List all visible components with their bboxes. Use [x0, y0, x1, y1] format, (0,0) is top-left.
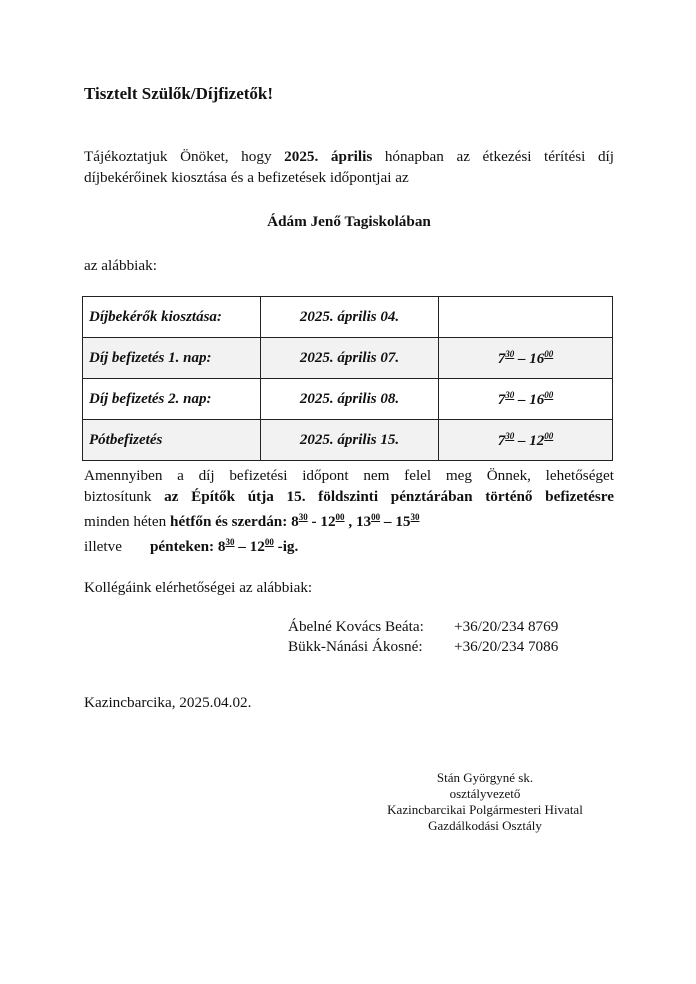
signer-name: Stán Györgyné sk.: [360, 770, 610, 786]
mon-wed-hours: hétfőn és szerdán: 830 - 1200 , 1300 – 1…: [170, 513, 419, 530]
alt-line-4-prefix: illetve: [84, 538, 122, 555]
contacts-intro: Kollégáink elérhetőségei az alábbiak:: [84, 579, 312, 597]
friday-label: pénteken:: [150, 538, 218, 555]
mon-wed-times: 830 - 1200 , 1300 – 1530: [291, 513, 419, 530]
schedule-row: Pótbefizetés2025. április 15.730 – 1200: [83, 420, 613, 461]
contact-name: Bükk-Nánási Ákosné:: [288, 637, 454, 657]
alt-payment-paragraph: Amennyiben a díj befizetési időpont nem …: [84, 465, 614, 557]
school-name: Ádám Jenő Tagiskolában: [84, 213, 614, 231]
alt-line-3: minden héten hétfőn és szerdán: 830 - 12…: [84, 507, 614, 532]
greeting-heading: Tisztelt Szülők/Díjfizetők!: [84, 84, 273, 104]
schedule-date: 2025. április 07.: [261, 338, 439, 379]
alt-line-1: Amennyiben a díj befizetési időpont nem …: [84, 465, 614, 486]
place-date: Kazincbarcika, 2025.04.02.: [84, 694, 251, 712]
schedule-label: Díj befizetés 1. nap:: [83, 338, 261, 379]
schedule-label: Díj befizetés 2. nap:: [83, 379, 261, 420]
schedule-row: Díj befizetés 1. nap:2025. április 07.73…: [83, 338, 613, 379]
alt-line-3-prefix: minden héten: [84, 513, 170, 530]
intro-month: 2025. április: [284, 148, 372, 165]
friday-times: 830 – 1200: [218, 538, 274, 555]
schedule-time: 730 – 1600: [439, 338, 613, 379]
signer-org: Kazincbarcikai Polgármesteri Hivatal: [360, 802, 610, 818]
signer-dept: Gazdálkodási Osztály: [360, 818, 610, 834]
schedule-label: Pótbefizetés: [83, 420, 261, 461]
contact-phone: +36/20/234 8769: [454, 617, 558, 637]
schedule-table: Díjbekérők kiosztása:2025. április 04.Dí…: [82, 296, 613, 461]
alt-line-2-prefix: biztosítunk: [84, 488, 164, 505]
friday-hours: pénteken: 830 – 1200 -ig.: [150, 538, 298, 555]
alt-line-4: illetvepénteken: 830 – 1200 -ig.: [84, 532, 614, 557]
signature-block: Stán Györgyné sk. osztályvezető Kazincba…: [360, 770, 610, 834]
intro-paragraph: Tájékoztatjuk Önöket, hogy 2025. április…: [84, 146, 614, 188]
schedule-date: 2025. április 04.: [261, 297, 439, 338]
signer-title: osztályvezető: [360, 786, 610, 802]
alt-line-2: biztosítunk az Építők útja 15. földszint…: [84, 486, 614, 507]
schedule-row: Díjbekérők kiosztása:2025. április 04.: [83, 297, 613, 338]
az-alabbiak-label: az alábbiak:: [84, 257, 157, 275]
schedule-time: 730 – 1600: [439, 379, 613, 420]
cashier-location: az Építők útja 15. földszinti pénztárába…: [164, 488, 614, 505]
schedule-time: [439, 297, 613, 338]
schedule-label: Díjbekérők kiosztása:: [83, 297, 261, 338]
schedule-row: Díj befizetés 2. nap:2025. április 08.73…: [83, 379, 613, 420]
schedule-time: 730 – 1200: [439, 420, 613, 461]
intro-text-1: Tájékoztatjuk Önöket, hogy: [84, 148, 284, 165]
mon-wed-label: hétfőn és szerdán:: [170, 513, 291, 530]
contact-name: Ábelné Kovács Beáta:: [288, 617, 454, 637]
contact-row: Bükk-Nánási Ákosné:+36/20/234 7086: [288, 637, 558, 657]
contact-phone: +36/20/234 7086: [454, 637, 558, 657]
contacts-list: Ábelné Kovács Beáta:+36/20/234 8769 Bükk…: [288, 617, 558, 657]
schedule-date: 2025. április 08.: [261, 379, 439, 420]
friday-suffix: -ig.: [274, 538, 298, 555]
schedule-date: 2025. április 15.: [261, 420, 439, 461]
contact-row: Ábelné Kovács Beáta:+36/20/234 8769: [288, 617, 558, 637]
